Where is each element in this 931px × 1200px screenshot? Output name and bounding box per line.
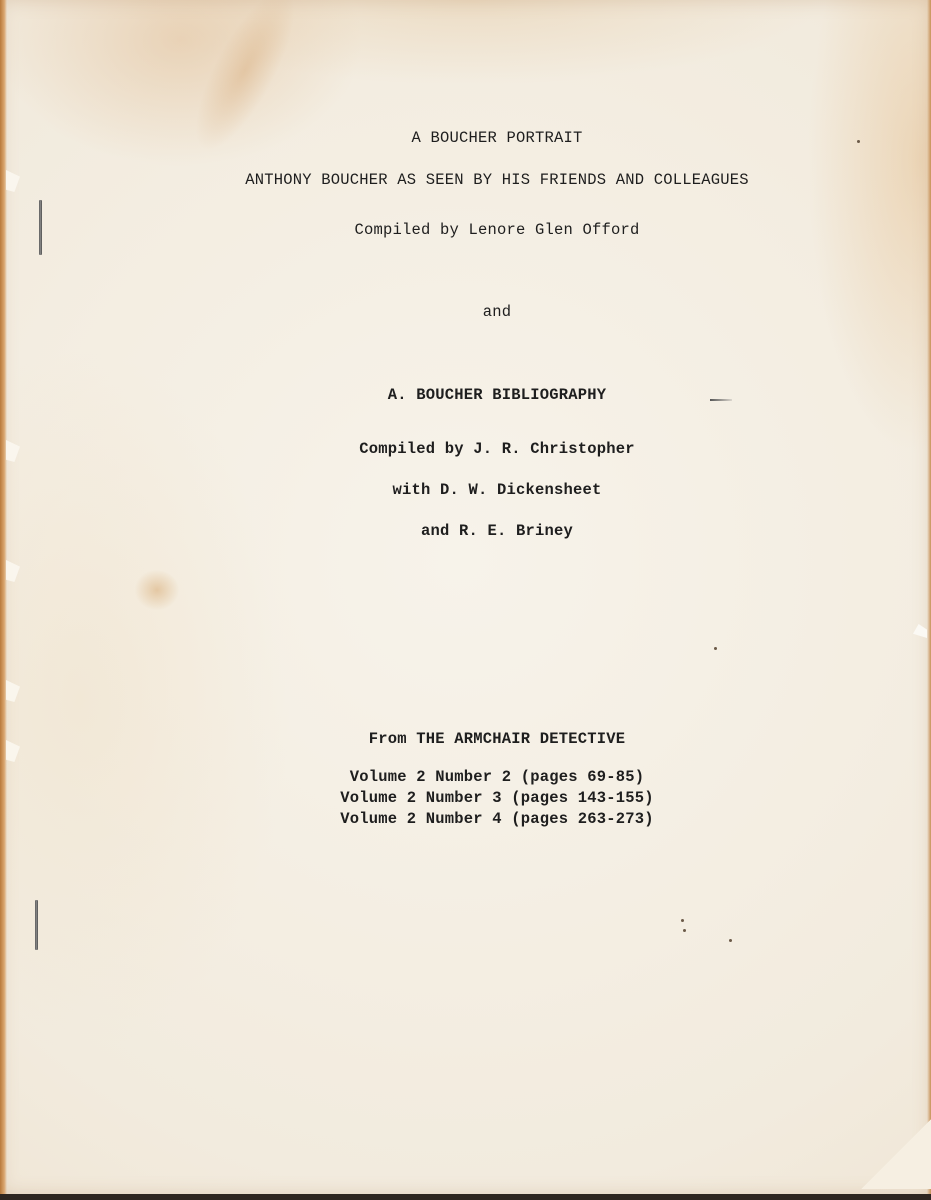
issue-line: Volume 2 Number 4 (pages 263-273)	[0, 810, 931, 828]
issue-line: Volume 2 Number 3 (pages 143-155)	[0, 789, 931, 807]
document-title: A BOUCHER PORTRAIT	[0, 129, 931, 147]
folded-corner	[861, 1119, 931, 1189]
issue-line: Volume 2 Number 2 (pages 69-85)	[0, 768, 931, 786]
co-compiler-2: and R. E. Briney	[0, 522, 931, 540]
small-stain	[135, 570, 179, 610]
compiler-line: Compiled by Lenore Glen Offord	[0, 221, 931, 239]
bibliography-compiler: Compiled by J. R. Christopher	[0, 440, 931, 458]
document-page: A BOUCHER PORTRAIT ANTHONY BOUCHER AS SE…	[0, 0, 931, 1195]
torn-edge	[6, 680, 20, 702]
scan-background-edge	[0, 1194, 931, 1200]
document-subtitle: ANTHONY BOUCHER AS SEEN BY HIS FRIENDS A…	[0, 171, 931, 189]
speck	[729, 939, 732, 942]
conjunction: and	[0, 303, 931, 321]
co-compiler: with D. W. Dickensheet	[0, 481, 931, 499]
bibliography-title: A. BOUCHER BIBLIOGRAPHY	[0, 386, 931, 404]
torn-edge	[6, 560, 20, 582]
speck	[681, 919, 684, 922]
staple-icon	[35, 900, 38, 950]
speck	[714, 647, 717, 650]
speck	[683, 929, 686, 932]
torn-edge	[913, 624, 927, 638]
source-heading: From THE ARMCHAIR DETECTIVE	[0, 730, 931, 748]
